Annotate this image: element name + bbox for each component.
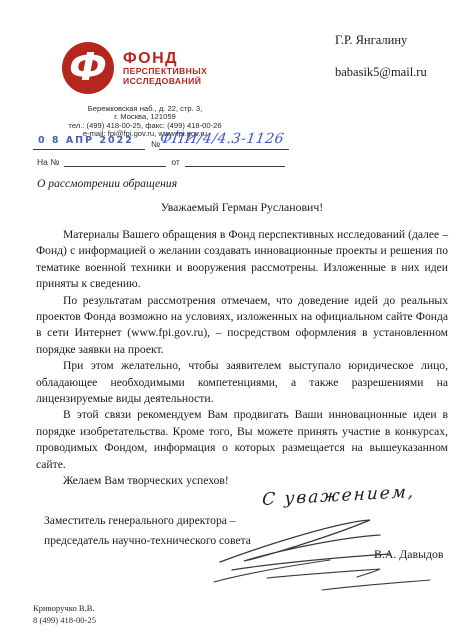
org-name-line1: ФОНД [123, 50, 207, 67]
subject-line: О рассмотрении обращения [37, 177, 177, 190]
logo-letter: Ф [69, 48, 107, 86]
date-underline [33, 149, 145, 150]
org-name: ФОНД ПЕРСПЕКТИВНЫХ ИССЛЕДОВАНИЙ [123, 50, 207, 86]
reply-number-blank [64, 157, 166, 167]
paragraph-1: Материалы Вашего обращения в Фонд перспе… [36, 227, 448, 293]
addressee-block: Г.Р. Янгалину babasik5@mail.ru [335, 34, 427, 78]
paragraph-3: При этом желательно, чтобы заявителем вы… [36, 358, 448, 407]
reply-reference-row: На № от [37, 157, 285, 167]
addressee-email: babasik5@mail.ru [335, 66, 427, 79]
handwritten-reference-number: ФПИ/4/4.3-1126 [159, 131, 311, 147]
org-name-line3: ИССЛЕДОВАНИЙ [123, 77, 207, 86]
reply-from-label: от [171, 157, 179, 167]
paragraph-4: В этой связи рекомендуем Вам продвигать … [36, 407, 448, 473]
number-underline [159, 149, 289, 150]
org-logo: Ф ФОНД ПЕРСПЕКТИВНЫХ ИССЛЕДОВАНИЙ [62, 42, 207, 94]
date-stamp: 0 8 АПР 2022 [38, 135, 134, 146]
executor-block: Криворучко В.В. 8 (499) 418-00-25 [33, 602, 96, 626]
paragraph-2: По результатам рассмотрения отмечаем, чт… [36, 293, 448, 359]
salutation: Уважаемый Герман Русланович! [36, 200, 448, 215]
letter-body: Уважаемый Герман Русланович! Материалы В… [36, 200, 448, 490]
letter-page: { "letterhead": { "logo_letter": "Ф", "o… [0, 0, 472, 640]
signer-name: В.А. Давыдов [374, 547, 444, 562]
executor-name: Криворучко В.В. [33, 602, 96, 614]
reference-row: 0 8 АПР 2022 № ФПИ/4/4.3-1126 [33, 133, 293, 155]
addressee-name: Г.Р. Янгалину [335, 34, 427, 47]
reply-date-blank [185, 157, 285, 167]
org-logo-icon: Ф [62, 42, 114, 94]
reply-prefix: На № [37, 157, 59, 167]
executor-phone: 8 (499) 418-00-25 [33, 614, 96, 626]
